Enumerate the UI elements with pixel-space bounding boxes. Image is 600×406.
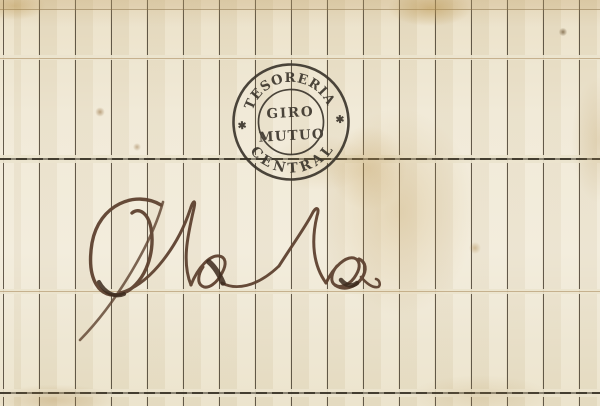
top-fold-crease: [0, 0, 600, 10]
asterisk-separator-right-icon: ✱: [335, 114, 345, 126]
asterisk-separator-left-icon: ✱: [237, 120, 247, 132]
faint-rule-lower: [0, 291, 600, 292]
paper-sheet: TESORERIA CENTRAL ✱ ✱ GIRO MUTUO: [0, 0, 600, 406]
stamp-center-line-1: GIRO: [266, 104, 315, 122]
treasury-stamp-icon: TESORERIA CENTRAL ✱ ✱ GIRO MUTUO: [225, 56, 357, 188]
dark-rule-bottom: [0, 392, 600, 394]
